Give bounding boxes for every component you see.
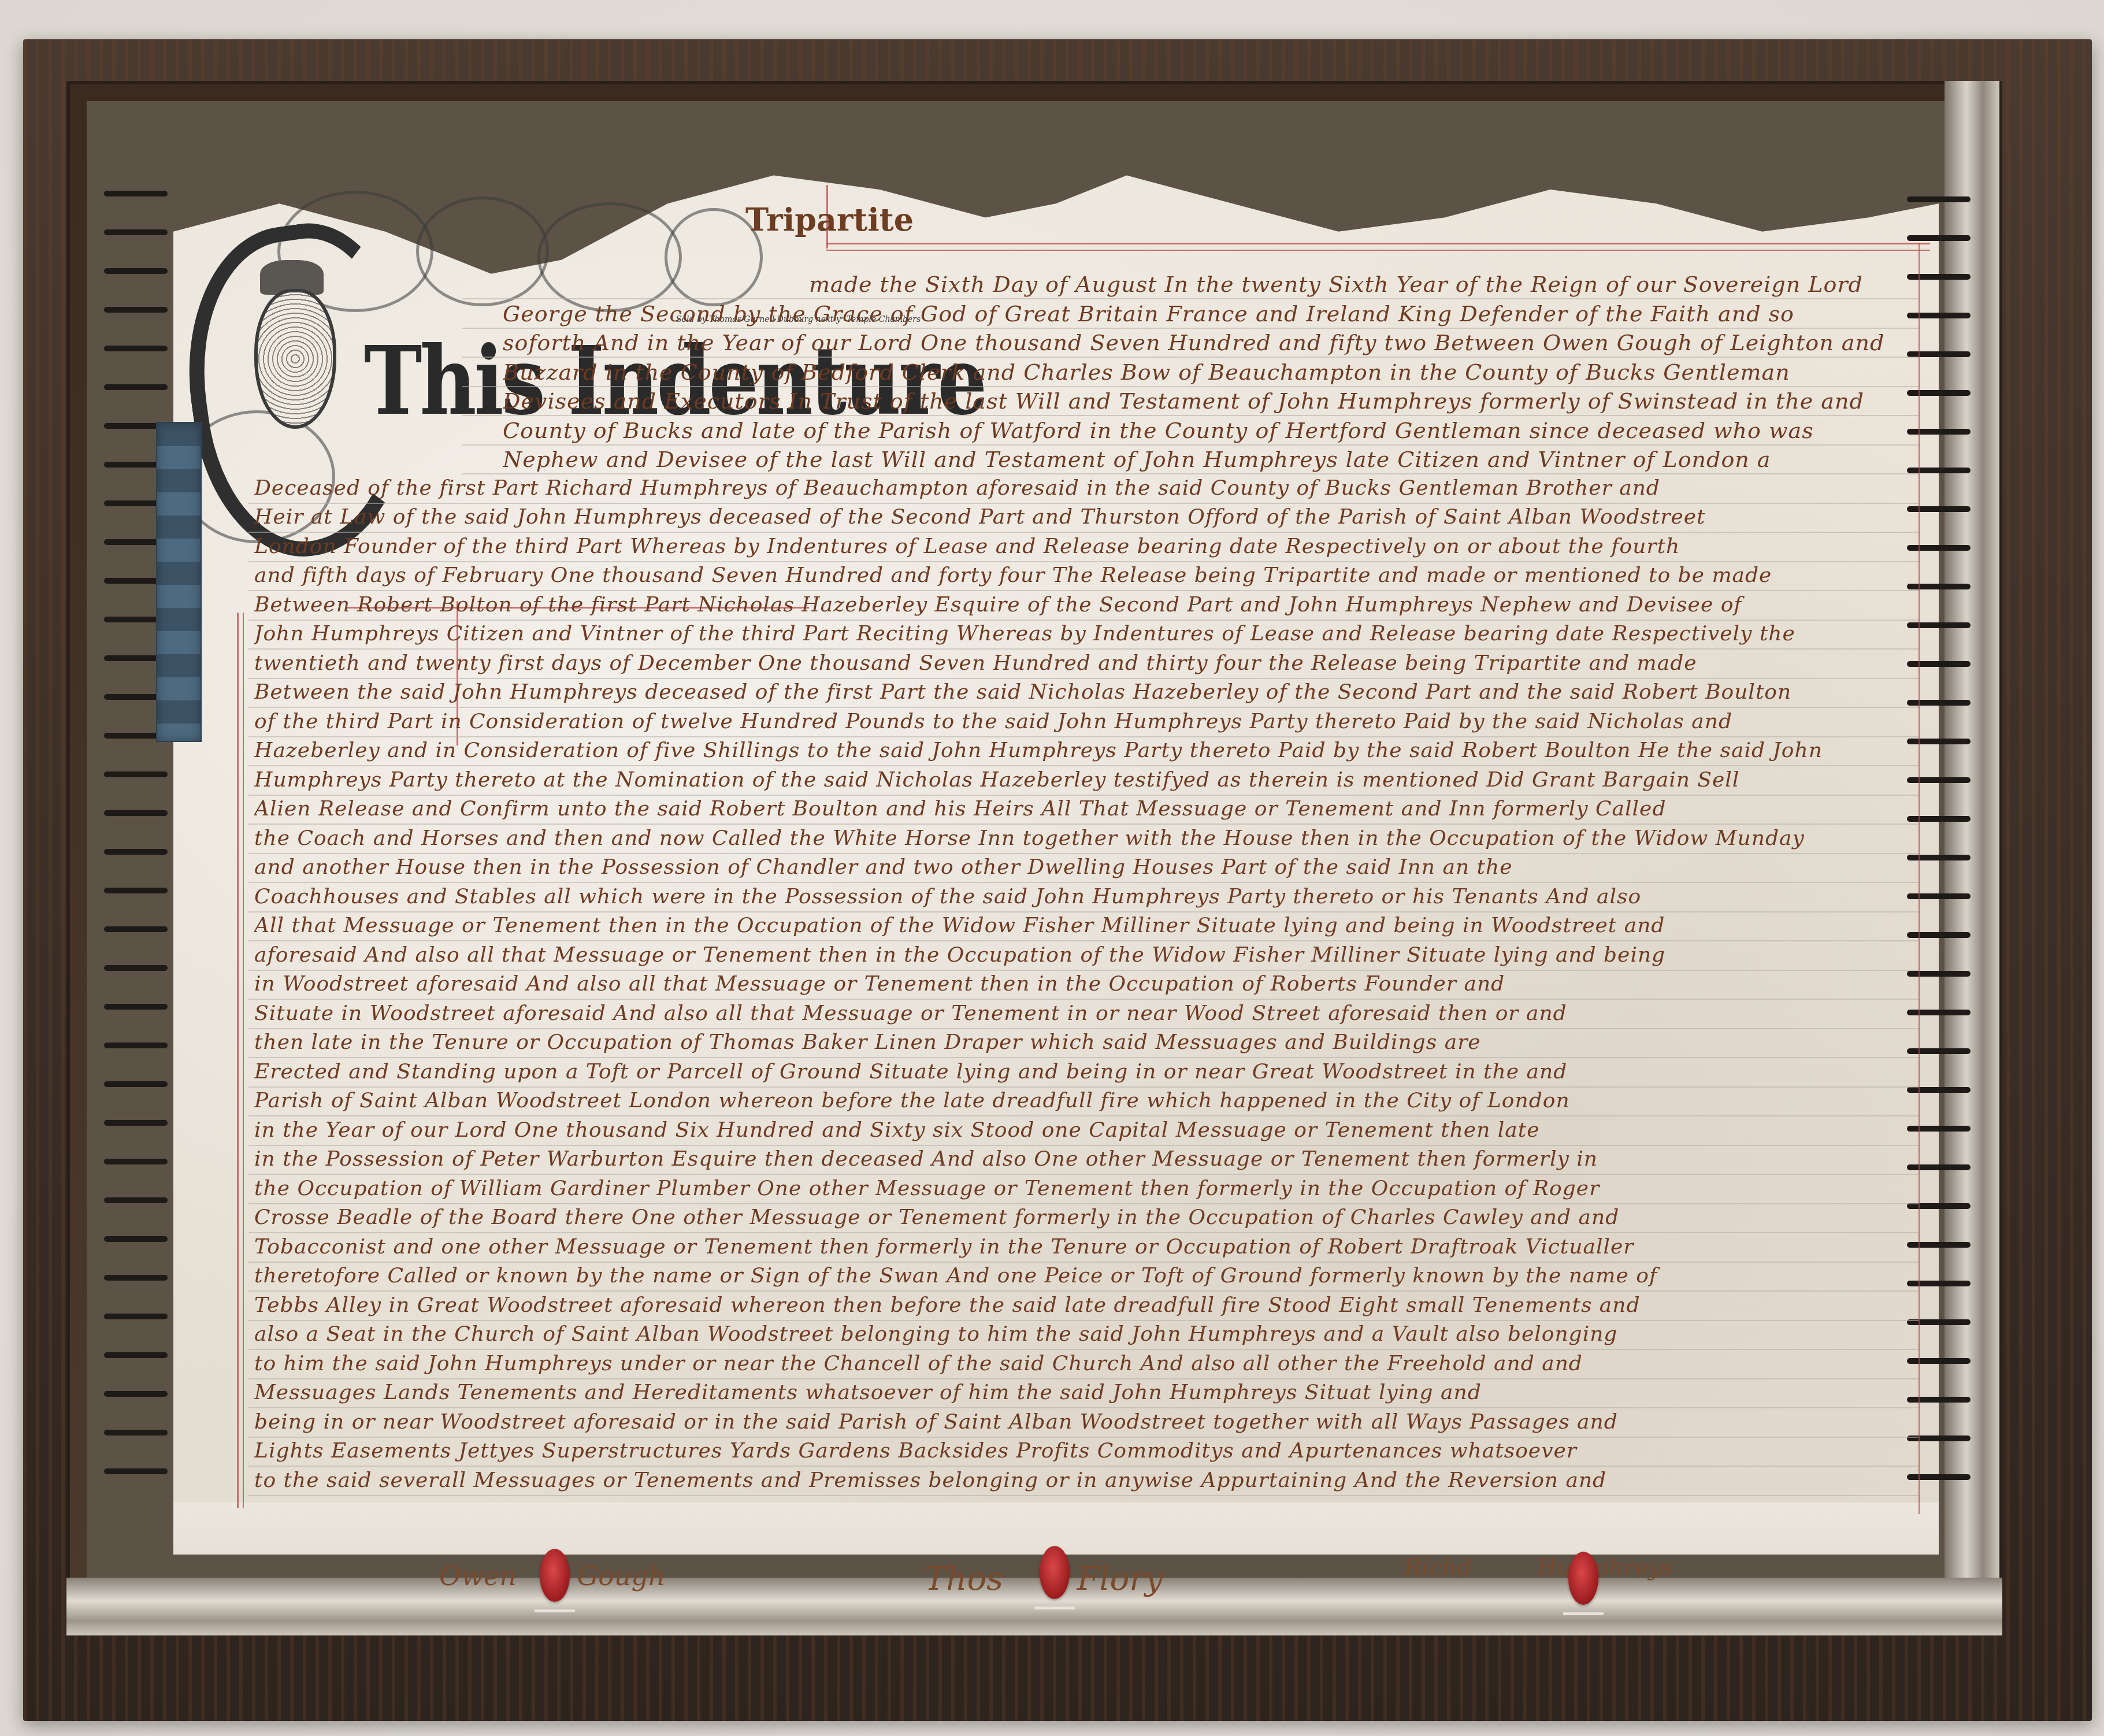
handwritten-line: soforth And in the Year of our Lord One … <box>503 330 1919 355</box>
stitch-mark <box>104 1314 168 1319</box>
handwritten-line: made the Sixth Day of August In the twen… <box>809 272 1919 297</box>
stitch-mark <box>104 1043 168 1048</box>
handwritten-line: Messuages Lands Tenements and Hereditame… <box>254 1381 1919 1404</box>
stitch-mark <box>104 1004 168 1010</box>
ruled-line <box>248 999 1919 1000</box>
handwritten-line: Hazeberley and in Consideration of five … <box>254 739 1919 762</box>
ruled-line <box>248 940 1919 941</box>
handwritten-line: aforesaid And also all that Messuage or … <box>254 943 1919 967</box>
ruled-line <box>462 357 1919 358</box>
ruled-line <box>248 1290 1919 1292</box>
stitch-mark <box>104 1430 168 1435</box>
wax-seal-icon <box>1568 1552 1598 1605</box>
ruled-line <box>248 970 1919 971</box>
ruled-line <box>462 415 1919 416</box>
ruled-line <box>248 1495 1919 1496</box>
red-rule-top <box>826 243 1930 244</box>
handwritten-line: Tebbs Alley in Great Woodstreet aforesai… <box>254 1293 1919 1317</box>
ruled-line <box>248 1086 1919 1088</box>
ruled-line <box>248 1145 1919 1146</box>
stitch-mark <box>104 888 168 893</box>
ruled-line <box>248 1203 1919 1204</box>
ruled-line <box>248 736 1919 737</box>
handwritten-line: George the Second by the Grace of God of… <box>503 301 1919 327</box>
stitch-mark <box>104 346 168 351</box>
stitch-mark <box>104 1197 168 1203</box>
stitch-mark <box>104 1468 168 1474</box>
stitch-mark <box>104 1275 168 1281</box>
handwritten-line: County of Bucks and late of the Parish o… <box>503 418 1919 443</box>
ruled-line <box>248 824 1919 825</box>
ruled-line <box>462 473 1919 474</box>
stitch-mark <box>1907 196 1971 202</box>
flourish-ornament <box>537 202 682 312</box>
red-rule-top-2 <box>826 250 1930 251</box>
royal-coat-of-arms-icon <box>254 289 336 429</box>
stitch-mark <box>104 771 168 777</box>
ruled-line <box>248 1115 1919 1116</box>
ruled-line <box>248 1057 1919 1058</box>
handwritten-line: theretofore Called or known by the name … <box>254 1264 1919 1288</box>
handwritten-line: Tobacconist and one other Messuage or Te… <box>254 1235 1919 1259</box>
handwritten-line: Erected and Standing upon a Toft or Parc… <box>254 1060 1919 1084</box>
stitch-mark <box>104 1352 168 1358</box>
stitch-mark <box>104 307 168 313</box>
wax-seal-icon <box>540 1549 570 1602</box>
ruled-line <box>248 1174 1919 1175</box>
handwritten-line: London Founder of the third Part Whereas… <box>254 535 1919 558</box>
ruled-line <box>248 1407 1919 1408</box>
ruled-line <box>248 620 1919 621</box>
ruled-line <box>248 678 1919 679</box>
stitch-mark <box>104 849 168 855</box>
stitch-mark <box>104 1159 168 1164</box>
ruled-line <box>248 590 1919 591</box>
handwritten-line: Buzzard in the County of Bedford Clerk a… <box>503 359 1919 385</box>
stitch-mark <box>104 810 168 816</box>
flourish-ornament <box>416 196 549 306</box>
ruled-line <box>248 1262 1919 1263</box>
stitch-mark <box>104 926 168 932</box>
ruled-line <box>248 853 1919 854</box>
stitch-mark <box>104 1120 168 1126</box>
tripartite-word: Tripartite <box>745 201 914 238</box>
handwritten-line: also a Seat in the Church of Saint Alban… <box>254 1322 1919 1346</box>
ruled-line <box>462 444 1919 446</box>
handwritten-line: Coachhouses and Stables all which were i… <box>254 885 1919 908</box>
handwritten-line: Deceased of the first Part Richard Humph… <box>254 476 1919 500</box>
handwritten-line: Alien Release and Confirm unto the said … <box>254 797 1919 821</box>
handwritten-line: of the third Part in Consideration of tw… <box>254 710 1919 733</box>
handwritten-line: Devisees and Executors In Trust of the l… <box>503 388 1919 414</box>
handwritten-line: Crosse Beadle of the Board there One oth… <box>254 1205 1919 1229</box>
handwritten-line: then late in the Tenure or Occupation of… <box>254 1030 1919 1054</box>
frame-silver-right-edge <box>1945 81 1999 1607</box>
handwritten-line: being in or near Woodstreet aforesaid or… <box>254 1410 1919 1434</box>
stitch-mark <box>104 268 168 274</box>
stitch-mark <box>1907 235 1971 241</box>
ruled-line <box>462 328 1919 329</box>
ruled-line <box>248 532 1919 533</box>
ruled-line <box>248 707 1919 708</box>
signature-richd-humphreys: Richd Humphreys <box>1404 1555 1673 1581</box>
handwritten-line: to the said severall Messuages or Teneme… <box>254 1468 1919 1492</box>
ruled-line <box>248 795 1919 796</box>
red-rule-left-margin <box>237 613 239 1508</box>
ruled-line <box>248 1232 1919 1233</box>
handwritten-line: John Humphreys Citizen and Vintner of th… <box>254 622 1919 646</box>
handwritten-line: Nephew and Devisee of the last Will and … <box>503 447 1919 472</box>
handwritten-line: and another House then in the Possession… <box>254 855 1919 879</box>
handwritten-line: Between the said John Humphreys deceased… <box>254 680 1919 704</box>
stitch-mark <box>104 1391 168 1397</box>
handwritten-line: Situate in Woodstreet aforesaid And also… <box>254 1001 1919 1025</box>
red-rule-left-margin-2 <box>243 613 244 1508</box>
ruled-line <box>248 503 1919 504</box>
stitch-mark <box>104 229 168 235</box>
stitch-mark <box>104 384 168 390</box>
handwritten-line: Heir at Law of the said John Humphreys d… <box>254 505 1919 529</box>
ruled-line <box>248 882 1919 883</box>
handwritten-line: the Occupation of William Gardiner Plumb… <box>254 1177 1919 1200</box>
handwritten-line: Parish of Saint Alban Woodstreet London … <box>254 1089 1919 1112</box>
handwritten-line: in the Possession of Peter Warburton Esq… <box>254 1147 1919 1171</box>
ruled-line <box>462 386 1919 387</box>
ruled-line <box>248 911 1919 912</box>
ruled-line <box>248 1378 1919 1379</box>
handwritten-line: in the Year of our Lord One thousand Six… <box>254 1118 1919 1142</box>
handwritten-line: and fifth days of February One thousand … <box>254 563 1919 587</box>
ruled-line <box>248 648 1919 650</box>
stitch-mark <box>104 1081 168 1087</box>
handwritten-line: in Woodstreet aforesaid And also all tha… <box>254 972 1919 996</box>
handwritten-line: twentieth and twenty first days of Decem… <box>254 651 1919 675</box>
handwritten-line: to him the said John Humphreys under or … <box>254 1352 1919 1375</box>
stitch-mark <box>104 1236 168 1242</box>
ruled-line <box>248 561 1919 562</box>
handwritten-line: Between Robert Bolton of the first Part … <box>254 593 1919 617</box>
ruled-line <box>248 765 1919 766</box>
ruled-line <box>248 1437 1919 1438</box>
revenue-stamp <box>156 422 202 742</box>
ruled-line <box>248 1028 1919 1029</box>
ruled-line <box>248 1349 1919 1350</box>
wax-seal-icon <box>1040 1546 1070 1599</box>
handwritten-line: All that Messuage or Tenement then in th… <box>254 914 1919 937</box>
stitch-mark <box>104 191 168 196</box>
handwritten-line: Lights Easements Jettyes Superstructures… <box>254 1439 1919 1463</box>
handwritten-line: the Coach and Horses and then and now Ca… <box>254 826 1919 850</box>
stitch-mark <box>104 965 168 971</box>
red-rule-right-margin <box>1919 243 1920 1514</box>
handwritten-line: Humphreys Party thereto at the Nominatio… <box>254 768 1919 792</box>
ruled-line <box>248 1466 1919 1467</box>
ruled-line <box>462 298 1919 299</box>
ruled-line <box>248 1320 1919 1321</box>
